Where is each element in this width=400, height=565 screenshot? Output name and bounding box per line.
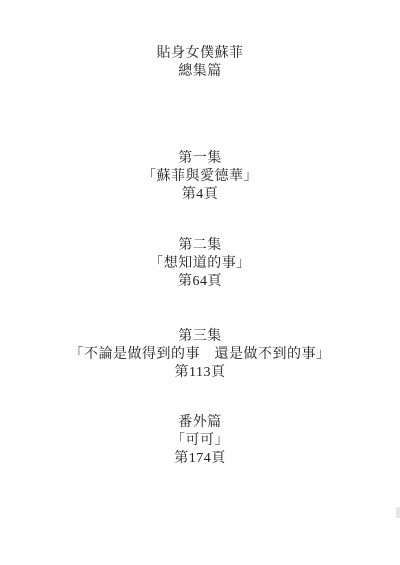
toc-content: 貼身女僕蘇菲 總集篇 第一集 「蘇菲與愛德華」 第4頁 第二集 「想知道的事」 …	[0, 45, 400, 468]
toc-page: 貼身女僕蘇菲 總集篇 第一集 「蘇菲與愛德華」 第4頁 第二集 「想知道的事」 …	[0, 0, 400, 565]
section-subtitle: 「可可」	[0, 432, 400, 450]
section-heading: 第二集	[0, 237, 400, 255]
section-heading: 番外篇	[0, 414, 400, 432]
book-subtitle: 總集篇	[0, 63, 400, 81]
book-title: 貼身女僕蘇菲	[0, 45, 400, 63]
book-title-block: 貼身女僕蘇菲 總集篇	[0, 45, 400, 81]
toc-section-1: 第一集 「蘇菲與愛德華」 第4頁	[0, 150, 400, 204]
section-page-ref: 第4頁	[0, 186, 400, 204]
section-page-ref: 第174頁	[0, 450, 400, 468]
section-page-ref: 第113頁	[0, 364, 400, 382]
section-subtitle: 「蘇菲與愛德華」	[0, 168, 400, 186]
section-heading: 第三集	[0, 328, 400, 346]
page-number-edge-smudge	[396, 507, 400, 518]
toc-section-3: 第三集 「不論是做得到的事 還是做不到的事」 第113頁	[0, 328, 400, 382]
toc-section-4: 番外篇 「可可」 第174頁	[0, 414, 400, 468]
section-page-ref: 第64頁	[0, 273, 400, 291]
toc-section-2: 第二集 「想知道的事」 第64頁	[0, 237, 400, 291]
section-heading: 第一集	[0, 150, 400, 168]
section-subtitle: 「想知道的事」	[0, 255, 400, 273]
section-subtitle: 「不論是做得到的事 還是做不到的事」	[0, 346, 400, 364]
